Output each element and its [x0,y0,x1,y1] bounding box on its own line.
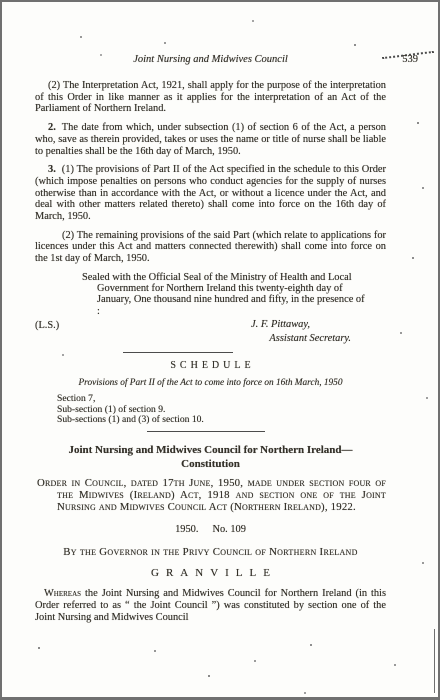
order-number-line: 1950.No. 109 [35,524,386,535]
paragraph-2-number: 2. [48,122,56,133]
paragraph-interpretation: (2) The Interpretation Act, 1921, shall … [35,80,386,115]
signature-name: J. F. Pittaway, [251,319,310,330]
scan-noise [2,2,4,4]
signature-row: (L.S.) J. F. Pittaway, [35,320,386,332]
paragraph-2: 2.The date from which, under subsection … [35,122,386,157]
governor-name: GRANVILLE [35,567,386,579]
scanned-document-page: Joint Nursing and Midwives Council 539 (… [0,0,440,700]
schedule-heading: SCHEDULE [35,360,386,371]
paragraph-3-2: (2) The remaining provisions of the said… [35,230,386,265]
whereas-lead: Whereas [44,588,81,599]
whereas-text: the Joint Nursing and Midwives Council f… [35,588,386,622]
page-number: 539 [402,54,418,65]
authority-line: By the Governor in the Privy Council of … [35,546,386,558]
council-order-heading: Joint Nursing and Midwives Council for N… [35,443,386,472]
divider-rule [147,431,265,432]
paragraph-3-1: 3.(1) The provisions of Part II of the A… [35,164,386,223]
schedule-item-list: Section 7, Sub-section (1) of section 9.… [57,394,386,426]
seal-mark: (L.S.) [35,320,59,331]
paragraph-2-text: The date from which, under subsection (1… [35,122,386,156]
council-order-heading-line2: Constitution [35,457,386,472]
order-year: 1950. [175,524,198,535]
schedule-subtitle: Provisions of Part II of the Act to come… [35,378,386,388]
divider-rule [123,352,233,353]
running-title: Joint Nursing and Midwives Council [133,54,288,65]
running-header: Joint Nursing and Midwives Council 539 [35,54,386,67]
order-caption: Order in Council, dated 17th June, 1950,… [35,478,386,514]
order-number: No. 109 [212,524,245,535]
scan-edge-line-artifact [434,629,435,693]
schedule-item: Sub-sections (1) and (3) of section 10. [57,415,386,426]
council-order-heading-line1: Joint Nursing and Midwives Council for N… [35,443,386,458]
seal-paragraph: Sealed with the Official Seal of the Min… [97,272,368,317]
paragraph-3-number: 3. [48,164,56,175]
signature-role: Assistant Secretary. [35,333,351,344]
paragraph-3-1-text: (1) The provisions of Part II of the Act… [35,164,386,222]
whereas-paragraph: Whereasthe Joint Nursing and Midwives Co… [35,588,386,623]
